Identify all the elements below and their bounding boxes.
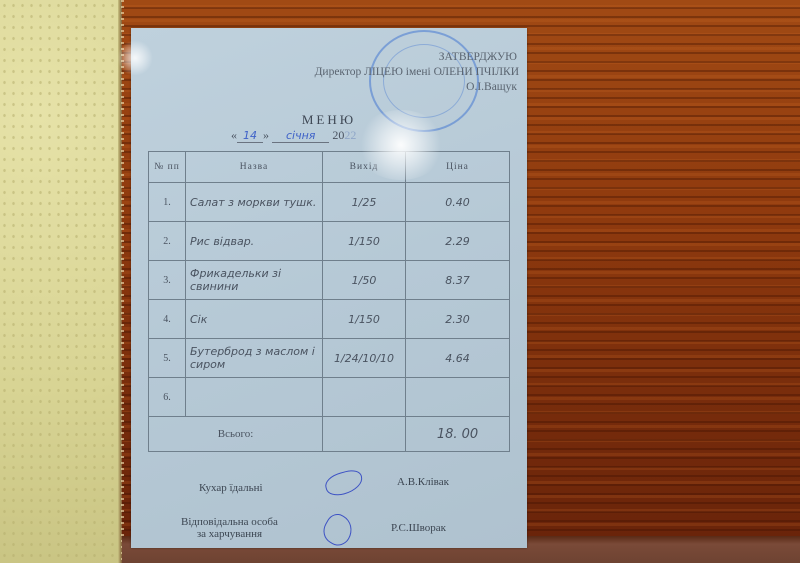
row-price: 4.64 (406, 339, 510, 378)
row-num: 6. (149, 378, 186, 417)
date-year-prefix: 20 (332, 128, 344, 142)
date-month: січня (272, 129, 329, 143)
date-year-suffix: 22 (344, 128, 356, 142)
responsible-role: Відповідальна особа за харчування (181, 516, 278, 540)
row-name: Рис відвар. (186, 222, 323, 261)
row-portion: 1/150 (323, 222, 406, 261)
row-portion (323, 378, 406, 417)
row-price: 2.29 (406, 222, 510, 261)
row-num: 2. (149, 222, 186, 261)
menu-date: «14» січня 2022 (231, 128, 356, 143)
table-row: 2. Рис відвар. 1/150 2.29 (149, 222, 510, 261)
responsible-role-line1: Відповідальна особа (181, 516, 278, 528)
approval-label: ЗАТВЕРДЖУЮ (315, 50, 517, 65)
row-portion: 1/150 (323, 300, 406, 339)
approval-position: Директор ЛІЦЕЮ імені ОЛЕНИ ПЧІЛКИ (315, 65, 519, 80)
responsible-role-line2: за харчування (181, 528, 278, 540)
header-name: Назва (186, 152, 323, 183)
row-num: 4. (149, 300, 186, 339)
menu-title: МЕНЮ (131, 112, 527, 128)
date-day: 14 (237, 129, 263, 143)
row-name: Бутерброд з маслом і сиром (186, 339, 323, 378)
row-name: Салат з моркви тушк. (186, 183, 323, 222)
row-price: 2.30 (406, 300, 510, 339)
menu-table: № пп Назва Вихід Ціна 1. Салат з моркви … (148, 151, 510, 452)
cook-role: Кухар їдальні (199, 482, 263, 494)
board-edge-trim (121, 0, 124, 563)
date-quote-close: » (263, 128, 269, 142)
table-row: 6. (149, 378, 510, 417)
total-empty (323, 417, 406, 452)
row-num: 3. (149, 261, 186, 300)
table-row: 5. Бутерброд з маслом і сиром 1/24/10/10… (149, 339, 510, 378)
row-name: Сік (186, 300, 323, 339)
row-portion: 1/25 (323, 183, 406, 222)
total-value: 18. 00 (406, 417, 510, 452)
table-row: 4. Сік 1/150 2.30 (149, 300, 510, 339)
table-header-row: № пп Назва Вихід Ціна (149, 152, 510, 183)
row-portion: 1/24/10/10 (323, 339, 406, 378)
total-row: Всього: 18. 00 (149, 417, 510, 452)
total-label: Всього: (149, 417, 323, 452)
row-price: 8.37 (406, 261, 510, 300)
row-num: 1. (149, 183, 186, 222)
row-num: 5. (149, 339, 186, 378)
cook-name: А.В.Клівак (397, 476, 449, 488)
light-glare (356, 110, 446, 180)
approval-block: ЗАТВЕРДЖУЮ Директор ЛІЦЕЮ імені ОЛЕНИ ПЧ… (315, 50, 517, 95)
row-price (406, 378, 510, 417)
cook-signature (323, 467, 365, 498)
responsible-name: Р.С.Шворак (391, 522, 446, 534)
approval-name: О.І.Ващук (315, 80, 517, 95)
light-glare-small (117, 40, 153, 76)
row-portion: 1/50 (323, 261, 406, 300)
responsible-signature (318, 510, 357, 550)
table-row: 1. Салат з моркви тушк. 1/25 0.40 (149, 183, 510, 222)
textured-wall (0, 0, 122, 563)
row-name (186, 378, 323, 417)
row-name: Фрикадельки зі свинини (186, 261, 323, 300)
table-row: 3. Фрикадельки зі свинини 1/50 8.37 (149, 261, 510, 300)
menu-sheet: ЗАТВЕРДЖУЮ Директор ЛІЦЕЮ імені ОЛЕНИ ПЧ… (131, 28, 527, 548)
header-num: № пп (149, 152, 186, 183)
row-price: 0.40 (406, 183, 510, 222)
